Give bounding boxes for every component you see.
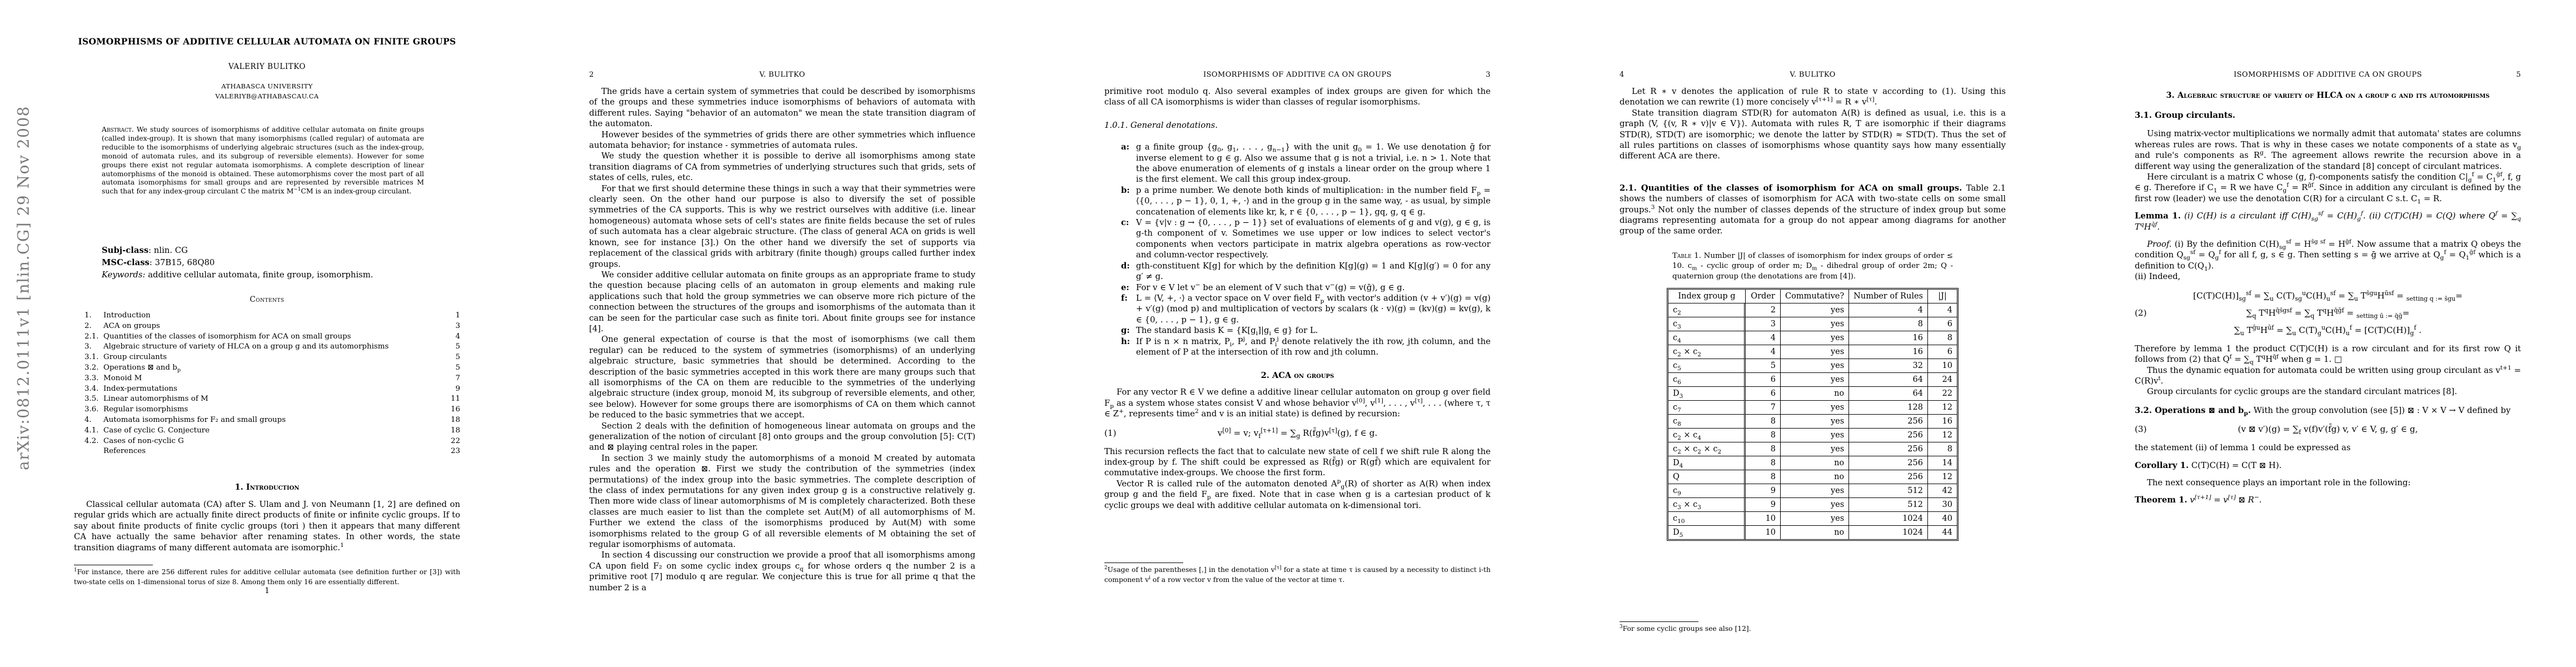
denotation-item-label: h: [1121,336,1130,347]
cell-index-group: c2 × c2 × c2 [1668,442,1746,456]
toc-entry-number: 4.2. [84,436,99,447]
toc-entry-page: 11 [445,394,460,405]
cell-number-of-rules: 8 [1849,317,1928,331]
denotation-item-label: b: [1121,185,1130,196]
cell-index-group: D4 [1668,456,1746,470]
toc-entry-number: 3.6. [84,405,99,415]
equation-3: (3) (v ⊠ v′)(g) = ∑f v(f)v′(f̄g) v, v′ ∈… [2135,423,2521,435]
toc-entry-number: 3. [84,342,99,352]
toc-entry-title: Index-permutations [103,384,445,395]
denotation-item-text: gth-constituent K[g] for which by the de… [1136,261,1491,281]
denotation-item-label: g: [1121,325,1130,336]
cell-number-of-rules: 64 [1849,387,1928,401]
denotation-item: g:The standard basis K = {K[gi]|gi ∈ g} … [1104,325,1491,336]
subj-class-label: Subj-class [102,246,148,255]
table-container: Index group gOrderCommutative?Number of … [1620,288,2006,541]
cell-commutative: yes [1781,303,1849,317]
cell-index-group: Q [1668,470,1746,484]
cell-commutative: yes [1781,429,1849,442]
paragraph: The grids have a certain system of symme… [589,86,975,130]
keywords-value: additive cellular automata, finite group… [145,270,373,280]
keywords-line: Keywords: additive cellular automata, fi… [102,269,435,281]
isomorphism-classes-table: Index group gOrderCommutative?Number of … [1667,288,1959,541]
cell-commutative: yes [1781,331,1849,345]
table-header-cell: |J| [1928,290,1957,303]
cell-class-count: 42 [1928,484,1957,498]
cell-commutative: yes [1781,484,1849,498]
cell-class-count: 6 [1928,317,1957,331]
classification-block: Subj-class: nlin. CG MSC-class: 37B15, 6… [102,245,435,281]
table-row: c4 4 yes 16 8 [1668,331,1957,345]
cell-class-count: 12 [1928,429,1957,442]
toc-entry: 3.6. Regular isomorphisms 16 [84,405,460,415]
equation-1: (1) v[0] = v; vf[τ+1] = ∑g R(f̄g)v[τ](g)… [1104,427,1491,439]
toc-entry-number: 1. [84,311,99,321]
cell-index-group: D3 [1668,387,1746,401]
toc-entry-page: 5 [445,342,460,352]
footnote-rule [1104,563,1183,563]
toc-entry-title: Regular isomorphisms [103,405,445,415]
page-2: 2 V. BULITKO The grids have a certain sy… [515,0,1030,667]
paragraph: However besides of the symmetries of gri… [589,130,975,151]
paragraph: For that we first should determine these… [589,183,975,270]
paragraph: In section 4 discussing our construction… [589,550,975,593]
page-1: ISOMORPHISMS OF ADDITIVE CELLULAR AUTOMA… [0,0,515,667]
toc-entry-number: 3.4. [84,384,99,395]
denotations-list: a:g a finite group {g0, g1, . . . , gn−1… [1104,142,1491,357]
table-row: c2 2 yes 4 4 [1668,303,1957,317]
cell-number-of-rules: 256 [1849,429,1928,442]
toc-entry-title: Linear automorphisms of M [103,394,445,405]
subsection-text: With the group convolution (see [5]) ⊠ :… [2251,406,2510,415]
cell-class-count: 24 [1928,373,1957,387]
cell-index-group: c4 [1668,331,1746,345]
denotation-item: c:V = {v|v : g → {0, . . . , p − 1}} set… [1104,217,1491,261]
keywords-label: Keywords: [102,270,145,280]
cell-index-group: c10 [1668,512,1746,526]
paragraph: One general expectation of course is tha… [589,334,975,420]
toc-entry-page: 22 [445,436,460,447]
subsection-group-circulants: 3.1. Group circulants. [2135,110,2521,121]
running-head: 2 V. BULITKO [589,71,975,81]
denotation-item: b:p a prime number. We denote both kinds… [1104,185,1491,217]
cell-number-of-rules: 16 [1849,345,1928,359]
table-row: c2 × c4 8 yes 256 12 [1668,429,1957,442]
cell-index-group: c7 [1668,401,1746,415]
contents-heading: Contents [74,295,460,304]
table-header-cell: Number of Rules [1849,290,1928,303]
toc-entry: 3.3. Monoid M 7 [84,374,460,384]
running-head-page-number: 5 [2516,71,2521,79]
denotation-item: d:gth-constituent K[g] for which by the … [1104,261,1491,282]
table-body: c2 2 yes 4 4 c3 3 yes 8 [1668,303,1957,539]
denotation-item-text: L = ⟨V, +, ·⟩ a vector space on V over f… [1136,293,1491,325]
cell-order: 6 [1746,373,1781,387]
cell-number-of-rules: 4 [1849,303,1928,317]
cell-index-group: c3 × c3 [1668,498,1746,512]
cell-class-count: 22 [1928,387,1957,401]
paragraph: Section 2 deals with the definition of h… [589,421,975,453]
cell-commutative: no [1781,526,1849,539]
table-row: c10 10 yes 1024 40 [1668,512,1957,526]
denotation-item-text: For v ∈ V let v− be an element of V such… [1136,283,1405,292]
denotation-item-label: d: [1121,261,1130,271]
equation-2-number: (2) [2135,307,2147,319]
cell-index-group: c8 [1668,415,1746,429]
cell-number-of-rules: 256 [1849,415,1928,429]
cell-class-count: 44 [1928,526,1957,539]
denotation-item-text: The standard basis K = {K[gi]|gi ∈ g} fo… [1136,326,1318,335]
running-head-title: ISOMORPHISMS OF ADDITIVE CA ON GROUPS [1104,71,1491,79]
toc-entry-number: 3.5. [84,394,99,405]
toc-entry-number: 3.2. [84,363,99,374]
section-heading-algebraic: 3. Algebraic structure of variety of HLC… [2135,89,2521,101]
footnote-1: 1For instance, there are 256 different r… [74,568,460,587]
toc-entry-page: 7 [445,374,460,384]
cell-order: 9 [1746,498,1781,512]
table-row: c3 × c3 9 yes 512 30 [1668,498,1957,512]
subsection-label: 3.2. Operations ⊠ and bp. [2135,406,2251,415]
cell-index-group: c2 × c4 [1668,429,1746,442]
toc-entry: 4. Automata isomorphisms for F₂ and smal… [84,415,460,426]
footnote-3: 3For some cyclic groups see also [12]. [1620,624,2006,634]
lemma-1: Lemma 1. (i) C(H) is a circulant iff C(H… [2135,211,2521,232]
equation-3-body: (v ⊠ v′)(g) = ∑f v(f)v′(f̄g) v, v′ ∈ V, … [2238,424,2418,434]
cell-class-count: 8 [1928,442,1957,456]
theorem-label: Theorem 1. [2135,495,2188,505]
subj-class-value: : nlin. CG [148,246,188,255]
toc-entry-number: 3.1. [84,352,99,363]
paragraph-rule: Vector R is called rule of the automaton… [1104,479,1491,511]
toc-entry: 4.1. Case of cyclic G. Conjecture 18 [84,426,460,436]
cell-class-count: 30 [1928,498,1957,512]
toc-entry-page: 18 [445,415,460,426]
proof-part-ii: (ii) Indeed, [2135,271,2521,282]
toc-entry-title: ACA on groups [103,321,445,332]
paragraph-rule-application: Let R ∗ v denotes the application of rul… [1620,86,2006,108]
msc-class-line: MSC-class: 37B15, 68Q80 [102,257,435,269]
cell-index-group: c9 [1668,484,1746,498]
running-head-page-number: 4 [1620,71,1625,79]
toc-entry-number [84,446,99,457]
author-email: VALERIYB@ATHABASCAU.CA [74,92,460,100]
cell-class-count: 8 [1928,331,1957,345]
table-row: c6 6 yes 64 24 [1668,373,1957,387]
toc-entry-page: 5 [445,363,460,374]
cell-order: 7 [1746,401,1781,415]
paragraph-std: State transition diagram STD(R) for auto… [1620,108,2006,162]
table-of-contents: 1. Introduction 1 2. ACA on groups 3 2.1… [84,311,460,457]
denotation-item: e:For v ∈ V let v− be an element of V su… [1104,282,1491,293]
cell-number-of-rules: 1024 [1849,526,1928,539]
document-canvas: arXiv:0812.0111v1 [nlin.CG] 29 Nov 2008 … [0,0,2576,667]
author-name: VALERIY BULITKO [74,62,460,71]
toc-entry-number: 3.3. [84,374,99,384]
table-caption-text: Number |J| of classes of isomorphism for… [1672,252,1953,281]
cell-order: 8 [1746,415,1781,429]
denotation-item-label: a: [1121,142,1129,152]
cell-number-of-rules: 256 [1849,470,1928,484]
toc-entry-page: 16 [445,405,460,415]
proof: Proof. (i) By the definition C(H)sgsf = … [2135,239,2521,271]
cell-number-of-rules: 256 [1849,442,1928,456]
table-caption-label: Table 1. [1672,252,1701,260]
table-row: D5 10 no 1024 44 [1668,526,1957,539]
toc-entry-number: 2. [84,321,99,332]
paragraph-matrix-vector: Using matrix-vector multiplications we n… [2135,128,2521,172]
table-row: c9 9 yes 512 42 [1668,484,1957,498]
cell-commutative: no [1781,387,1849,401]
theorem-1: Theorem 1. v[τ+1] = v[τ] ⊠ R−. [2135,495,2521,505]
table-row: c5 5 yes 32 10 [1668,359,1957,373]
equation-2: [C(T)C(H)]sgsf = ∑u C(T)sguC(H)usf = ∑u … [2135,290,2521,336]
table-row: c7 7 yes 128 12 [1668,401,1957,415]
paragraph-dynamic-equation: Thus the dynamic equation for automata c… [2135,365,2521,387]
paragraph-continuation: primitive root modulo q. Also several ex… [1104,86,1491,108]
running-head-title: V. BULITKO [1620,71,2006,79]
toc-entry-title: Algebraic structure of variety of HLCA o… [103,342,445,352]
page-4-body: Let R ∗ v denotes the application of rul… [1620,86,2006,541]
subsection-operations: 3.2. Operations ⊠ and bp. With the group… [2135,405,2521,416]
paragraph: We study the question whether it is poss… [589,151,975,183]
running-head-page-number: 2 [589,71,594,79]
section-heading-introduction: 1. Introduction [74,481,460,493]
running-head: ISOMORPHISMS OF ADDITIVE CA ON GROUPS 5 [2135,71,2521,81]
theorem-text: v[τ+1] = v[τ] ⊠ R−. [2188,495,2262,505]
cell-order: 8 [1746,429,1781,442]
paragraph-shift: This recursion reflects the fact that to… [1104,446,1491,479]
cell-number-of-rules: 1024 [1849,512,1928,526]
cell-commutative: yes [1781,442,1849,456]
cell-class-count: 40 [1928,512,1957,526]
abstract-label: Abstract. [102,125,134,133]
subsection-quantities: 2.1. Quantities of the classes of isomor… [1620,183,2006,237]
cell-number-of-rules: 128 [1849,401,1928,415]
cell-commutative: yes [1781,401,1849,415]
running-head-title: V. BULITKO [589,71,975,79]
table-header-cell: Order [1746,290,1781,303]
toc-entry: 3.1. Group circulants 5 [84,352,460,363]
equation-2-line-2-body: ∑q TqHq̄s̄gsf = ∑q TqHq̄ḡf = setting ū :… [2246,308,2410,318]
cell-commutative: yes [1781,317,1849,331]
toc-entry: 4.2. Cases of non-cyclic G 22 [84,436,460,447]
footnote-block: 2Usage of the parentheses [,] in the den… [1104,563,1491,585]
toc-entry-page: 4 [445,332,460,342]
toc-entry: 3.5. Linear automorphisms of M 11 [84,394,460,405]
toc-entry-page: 9 [445,384,460,395]
paper-title: ISOMORPHISMS OF ADDITIVE CELLULAR AUTOMA… [74,36,460,47]
table-row: D4 8 no 256 14 [1668,456,1957,470]
denotation-item: h:If P is n × n matrix, Pi, Pj, and Pij … [1104,336,1491,358]
cell-index-group: c2 [1668,303,1746,317]
toc-entry-title: Automata isomorphisms for F₂ and small g… [103,415,445,426]
toc-entry: 3.2. Operations ⊠ and bp 5 [84,363,460,374]
cell-order: 8 [1746,456,1781,470]
cell-commutative: yes [1781,373,1849,387]
paragraph-therefore: Therefore by lemma 1 the product C(T)C(H… [2135,344,2521,365]
cell-number-of-rules: 32 [1849,359,1928,373]
lemma-text: (i) C(H) is a circulant iff C(H)sgsf = C… [2135,211,2521,231]
proof-text: (i) By the definition C(H)sgsf = Hs̄g sf… [2135,240,2521,271]
corollary-text: C(T)C(H) = C(T ⊠ H). [2189,461,2281,470]
abstract-text: We study sources of isomorphisms of addi… [102,125,424,195]
toc-entry: References 23 [84,446,460,457]
footnote-2: 2Usage of the parentheses [,] in the den… [1104,565,1491,585]
toc-entry-title: References [103,446,445,457]
cell-class-count: 6 [1928,345,1957,359]
cell-order: 4 [1746,331,1781,345]
affiliation: ATHABASCA UNIVERSITY [74,82,460,90]
toc-entry-page: 1 [445,311,460,321]
cell-index-group: c5 [1668,359,1746,373]
cell-order: 2 [1746,303,1781,317]
cell-commutative: yes [1781,415,1849,429]
toc-entry-title: Cases of non-cyclic G [103,436,445,447]
table-row: c3 3 yes 8 6 [1668,317,1957,331]
table-header-cell: Index group g [1668,290,1746,303]
cell-commutative: no [1781,470,1849,484]
toc-entry: 3.4. Index-permutations 9 [84,384,460,395]
proof-label: Proof. [2147,240,2172,249]
toc-entry-title: Case of cyclic G. Conjecture [103,426,445,436]
denotation-item-label: c: [1121,217,1129,228]
cell-order: 8 [1746,470,1781,484]
cell-commutative: yes [1781,512,1849,526]
cell-class-count: 4 [1928,303,1957,317]
equation-1-body: v[0] = v; vf[τ+1] = ∑g R(f̄g)v[τ](g), f … [1218,428,1378,438]
cell-number-of-rules: 256 [1849,456,1928,470]
footnote-block: 3For some cyclic groups see also [12]. [1620,621,2006,634]
running-head: ISOMORPHISMS OF ADDITIVE CA ON GROUPS 3 [1104,71,1491,81]
footnote-block: 1For instance, there are 256 different r… [74,565,460,587]
footnote-rule [1620,621,1698,622]
cell-class-count: 12 [1928,401,1957,415]
page-5-body: 3. Algebraic structure of variety of HLC… [2135,86,2521,506]
cell-order: 5 [1746,359,1781,373]
table-row: Q 8 no 256 12 [1668,470,1957,484]
page-3-body: primitive root modulo q. Also several ex… [1104,86,1491,511]
paragraph-standard-circulants: Group circulants for cyclic groups are t… [2135,386,2521,397]
table-row: c2 × c2 4 yes 16 6 [1668,345,1957,359]
subj-class-line: Subj-class: nlin. CG [102,245,435,257]
cell-commutative: yes [1781,498,1849,512]
subsection-label: 3.1. Group circulants. [2135,111,2235,120]
running-head-title: ISOMORPHISMS OF ADDITIVE CA ON GROUPS [2135,71,2521,79]
cell-index-group: D5 [1668,526,1746,539]
page-2-body: The grids have a certain system of symme… [589,86,975,593]
section-heading-aca: 2. ACA on groups [1104,370,1491,381]
paragraph-statement: the statement (ii) of lemma 1 could be e… [2135,442,2521,453]
paragraph: We consider additive cellular automata o… [589,270,975,334]
paragraph: In section 3 we mainly study the automor… [589,453,975,550]
cell-class-count: 16 [1928,415,1957,429]
cell-order: 10 [1746,526,1781,539]
footnote-rule [74,565,153,565]
paragraph-consequence: The next consequence plays an important … [2135,477,2521,488]
intro-paragraph: Classical cellular automata (CA) after S… [74,499,460,553]
toc-entry-title: Quantities of the classes of isomorphism… [103,332,445,342]
toc-entry-number: 4.1. [84,426,99,436]
paragraph-recursion: For any vector R ∈ V we define a additiv… [1104,387,1491,419]
cell-commutative: yes [1781,359,1849,373]
denotation-item-label: e: [1121,282,1129,293]
denotation-item-text: V = {v|v : g → {0, . . . , p − 1}} set o… [1136,218,1491,260]
toc-entry-title: Group circulants [103,352,445,363]
subsection-heading-denotations: 1.0.1. General denotations. [1104,120,1491,131]
table-header-row: Index group gOrderCommutative?Number of … [1668,290,1957,303]
cell-order: 4 [1746,345,1781,359]
toc-entry: 3. Algebraic structure of variety of HLC… [84,342,460,352]
cell-number-of-rules: 512 [1849,484,1928,498]
denotation-item-text: p a prime number. We denote both kinds o… [1136,186,1491,217]
cell-commutative: yes [1781,345,1849,359]
corollary-1: Corollary 1. C(T)C(H) = C(T ⊠ H). [2135,460,2521,471]
cell-class-count: 12 [1928,470,1957,484]
page-4: 4 V. BULITKO Let R ∗ v denotes the appli… [1546,0,2061,667]
cell-index-group: c6 [1668,373,1746,387]
denotation-item-text: g a finite group {g0, g1, . . . , gn−1} … [1136,142,1491,184]
cell-class-count: 14 [1928,456,1957,470]
cell-number-of-rules: 16 [1849,331,1928,345]
running-head: 4 V. BULITKO [1620,71,2006,81]
running-head-page-number: 3 [1486,71,1491,79]
toc-entry-title: Monoid M [103,374,445,384]
toc-entry: 2. ACA on groups 3 [84,321,460,332]
corollary-label: Corollary 1. [2135,461,2189,470]
subsection-label: 2.1. Quantities of the classes of isomor… [1620,183,1962,193]
cell-index-group: c3 [1668,317,1746,331]
cell-commutative: no [1781,456,1849,470]
toc-entry-page: 23 [445,446,460,457]
msc-class-label: MSC-class [102,258,150,267]
table-header-cell: Commutative? [1781,290,1849,303]
toc-entry: 1. Introduction 1 [84,311,460,321]
table-caption: Table 1. Number |J| of classes of isomor… [1672,251,1953,282]
cell-order: 3 [1746,317,1781,331]
table-row: c8 8 yes 256 16 [1668,415,1957,429]
equation-3-number: (3) [2135,423,2147,435]
toc-entry-number: 2.1. [84,332,99,342]
cell-order: 8 [1746,442,1781,456]
toc-entry-page: 3 [445,321,460,332]
denotation-item: a:g a finite group {g0, g1, . . . , gn−1… [1104,142,1491,185]
cell-class-count: 10 [1928,359,1957,373]
page-5: ISOMORPHISMS OF ADDITIVE CA ON GROUPS 5 … [2061,0,2576,667]
page-number: 1 [74,586,460,595]
cell-order: 6 [1746,387,1781,401]
toc-entry-number: 4. [84,415,99,426]
abstract: Abstract. We study sources of isomorphis… [102,125,424,196]
equation-1-number: (1) [1104,427,1117,439]
cell-order: 10 [1746,512,1781,526]
msc-class-value: : 37B15, 68Q80 [150,258,215,267]
denotation-item-label: f: [1121,293,1128,303]
denotation-item-text: If P is n × n matrix, Pi, Pj, and Pij de… [1136,337,1491,357]
page-3: ISOMORPHISMS OF ADDITIVE CA ON GROUPS 3 … [1030,0,1546,667]
cell-index-group: c2 × c2 [1668,345,1746,359]
equation-2-line-2: (2)∑q TqHq̄s̄gsf = ∑q TqHq̄ḡf = setting … [2135,307,2521,319]
cell-order: 9 [1746,484,1781,498]
lemma-label: Lemma 1. [2135,211,2181,221]
equation-2-line-1: [C(T)C(H)]sgsf = ∑u C(T)sguC(H)usf = ∑u … [2135,290,2521,302]
cell-number-of-rules: 512 [1849,498,1928,512]
subsection-label: 1.0.1. General denotations. [1104,121,1218,130]
toc-entry-title: Operations ⊠ and bp [103,363,445,374]
toc-entry-page: 18 [445,426,460,436]
toc-entry-title: Introduction [103,311,445,321]
paragraph-circulant: Here circulant is a matrix C whose (g, f… [2135,172,2521,204]
table-row: c2 × c2 × c2 8 yes 256 8 [1668,442,1957,456]
